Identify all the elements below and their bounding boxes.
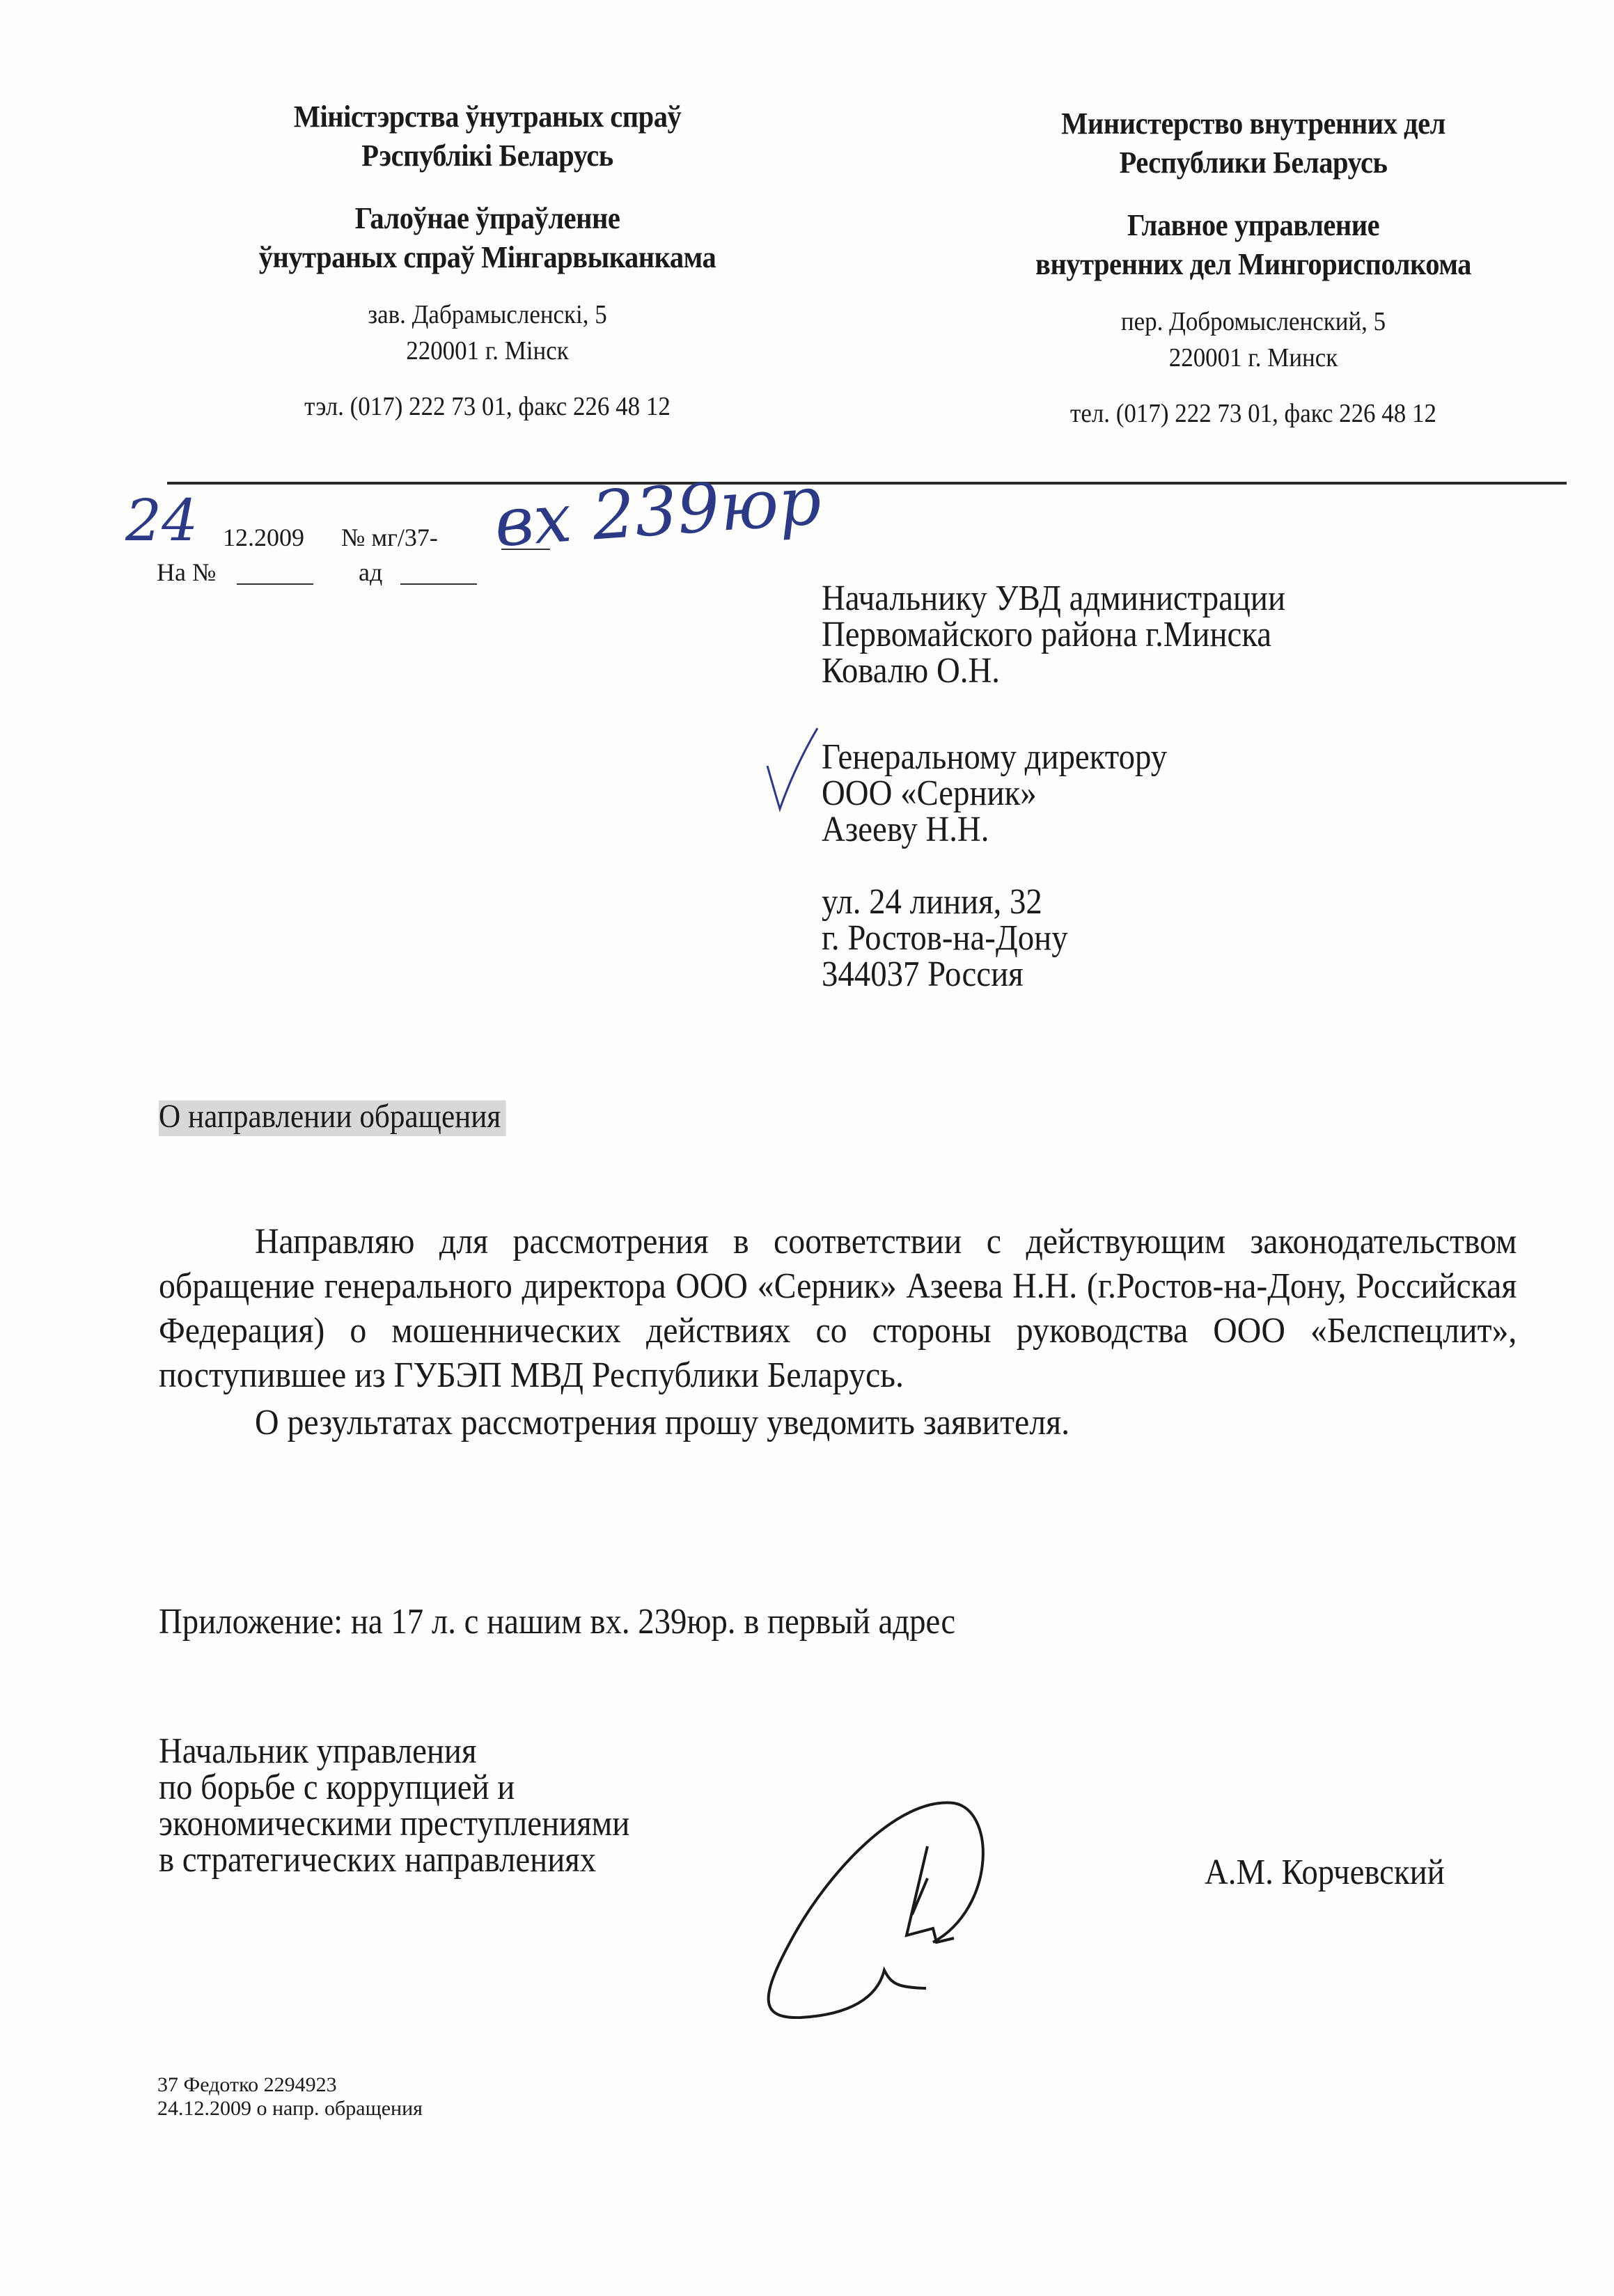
handwritten-signature bbox=[745, 1796, 1037, 2019]
phone-fax-ru: тел. (017) 222 73 01, факс 226 48 12 bbox=[933, 395, 1574, 432]
footer-date-line: 24.12.2009 о напр. обращения bbox=[157, 2097, 423, 2121]
address-ru-line2: 220001 г. Минск bbox=[933, 340, 1574, 376]
signatory-title: Начальник управления по борьбе с коррупц… bbox=[159, 1733, 629, 1878]
recipient-address-line1: ул. 24 линия, 32 bbox=[822, 884, 1167, 920]
ministry-name-by-line2: Рэспублікі Беларусь bbox=[167, 136, 808, 175]
recipient-2-line2: ООО «Серник» bbox=[822, 776, 1167, 812]
recipient-1-line3: Ковалю О.Н. bbox=[822, 653, 1285, 689]
phone-fax-by: тэл. (017) 222 73 01, факс 226 48 12 bbox=[167, 388, 808, 425]
recipient-1-line1: Начальнику УВД администрации bbox=[822, 581, 1285, 617]
handwritten-incoming-number: вх 239юр bbox=[492, 462, 824, 561]
signatory-title-line1: Начальник управления bbox=[159, 1733, 629, 1770]
outgoing-number-prefix: № мг/37- bbox=[341, 521, 438, 554]
recipient-address-line2: г. Ростов-на-Дону bbox=[822, 920, 1167, 957]
department-name-ru-line1: Главное управление bbox=[933, 206, 1574, 245]
footer-executor: 37 Федотко 2294923 24.12.2009 о напр. об… bbox=[157, 2073, 423, 2121]
department-name-ru-line2: внутренних дел Мингорисполкома bbox=[933, 245, 1574, 284]
attachment-note: Приложение: на 17 л. с нашим вх. 239юр. … bbox=[159, 1601, 955, 1643]
address-by-line2: 220001 г. Мінск bbox=[167, 333, 808, 369]
ministry-name-ru-line2: Республики Беларусь bbox=[933, 143, 1574, 182]
body-paragraph-1: Направляю для рассмотрения в соответстви… bbox=[159, 1220, 1517, 1398]
signatory-title-line4: в стратегических направлениях bbox=[159, 1842, 629, 1878]
ministry-name-ru-line1: Министерство внутренних дел bbox=[933, 104, 1574, 143]
body-paragraph-2: О результатах рассмотрения прошу уведоми… bbox=[159, 1401, 1517, 1445]
checkmark-icon bbox=[765, 724, 820, 815]
recipient-2-line1: Генеральному директору bbox=[822, 739, 1167, 776]
registration-block: 24 12.2009 № мг/37- вх 239юр На № ад bbox=[125, 487, 752, 613]
reply-to-number-label: На № bbox=[157, 556, 216, 589]
letterhead-belarusian: Міністэрства ўнутраных спраў Рэспублікі … bbox=[139, 97, 836, 425]
recipient-block-1: Начальнику УВД администрации Первомайско… bbox=[822, 581, 1285, 689]
address-ru-line1: пер. Добромысленский, 5 bbox=[933, 304, 1574, 340]
letterhead-russian: Министерство внутренних дел Республики Б… bbox=[905, 104, 1601, 432]
letter-body: Направляю для рассмотрения в соответстви… bbox=[159, 1220, 1517, 1445]
footer-executor-line: 37 Федотко 2294923 bbox=[157, 2073, 423, 2097]
recipient-address-line3: 344037 Россия bbox=[822, 957, 1167, 993]
department-name-by-line2: ўнутраных спраў Мінгарвыканкама bbox=[167, 238, 808, 277]
recipient-1-line2: Первомайского района г.Минска bbox=[822, 617, 1285, 653]
signatory-title-line2: по борьбе с коррупцией и bbox=[159, 1770, 629, 1806]
department-name-by-line1: Галоўнае ўпраўленне bbox=[167, 199, 808, 238]
reply-to-number-blank bbox=[237, 583, 313, 585]
address-by-line1: зав. Дабрамысленскі, 5 bbox=[167, 297, 808, 333]
signatory-name: А.М. Корчевский bbox=[1205, 1852, 1445, 1894]
reply-date-blank bbox=[400, 583, 477, 585]
recipient-block-2: Генеральному директору ООО «Серник» Азее… bbox=[822, 739, 1167, 993]
handwritten-day: 24 bbox=[125, 490, 198, 553]
subject-line: О направлении обращения bbox=[159, 1097, 506, 1136]
recipient-2-line3: Азееву Н.Н. bbox=[822, 812, 1167, 848]
subject-block: О направлении обращения bbox=[159, 1097, 544, 1136]
header-divider bbox=[167, 482, 1567, 485]
outgoing-date: 12.2009 bbox=[223, 521, 304, 554]
ministry-name-by-line1: Міністэрства ўнутраных спраў bbox=[167, 97, 808, 136]
reply-date-label: ад bbox=[359, 556, 382, 589]
signatory-title-line3: экономическими преступлениями bbox=[159, 1806, 629, 1842]
